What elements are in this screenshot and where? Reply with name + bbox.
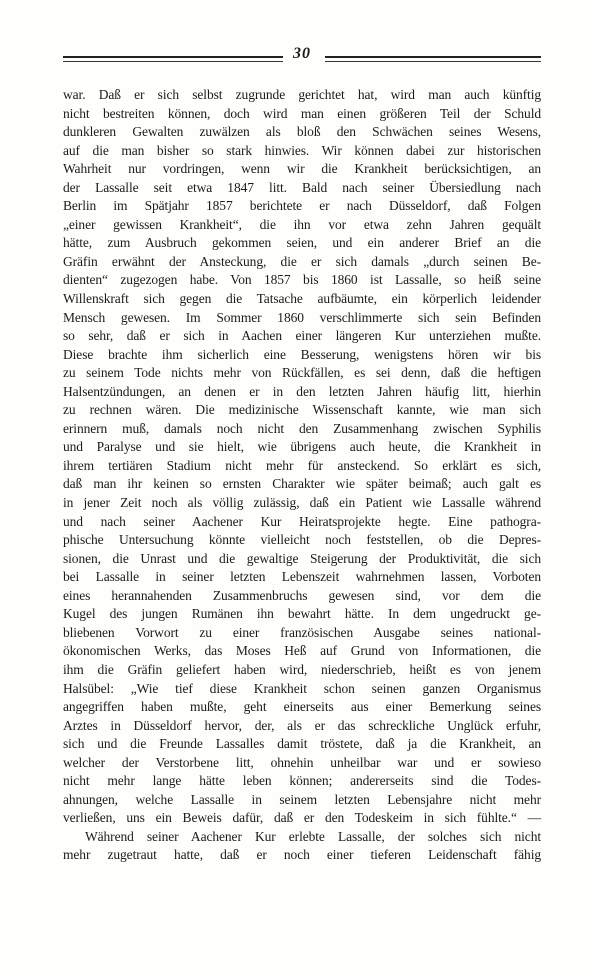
text-line: Halsübel: „Wie tief diese Krankheit scho… — [63, 680, 541, 699]
text-line: daß man ihr keinen so ernsten Charakter … — [63, 475, 541, 494]
text-line: „einer gewissen Krankheit“, die ihn vor … — [63, 216, 541, 235]
text-line: ökonomischen Werks, das Moses Heß auf Gr… — [63, 642, 541, 661]
text-line: Halsentzündungen, an denen er in den let… — [63, 383, 541, 402]
text-line: zu rechnen wären. Die medizinische Wisse… — [63, 401, 541, 420]
text-line: nicht mehr lange hätte leben können; and… — [63, 772, 541, 791]
text-line: welcher der Verstorbene litt, ohnehin un… — [63, 754, 541, 773]
text-line: bei Lassalle in seiner letzten Lebenszei… — [63, 568, 541, 587]
text-line: Gräfin erwähnt der Ansteckung, die er si… — [63, 253, 541, 272]
text-line: bliebenen Vorwort zu einer französischen… — [63, 624, 541, 643]
text-line: verließen, uns ein Beweis dafür, daß er … — [63, 809, 541, 828]
text-line: so sehr, daß er sich in Aachen einer län… — [63, 327, 541, 346]
text-line: und nach seiner Aachener Kur Heiratsproj… — [63, 513, 541, 532]
text-line: Diese brachte ihm sicherlich eine Besser… — [63, 346, 541, 365]
text-line: Kugel des jungen Rumänen ihn bewahrt hät… — [63, 605, 541, 624]
text-line: der Lassalle seit etwa 1847 litt. Bald n… — [63, 179, 541, 198]
text-line: angegriffen haben mußte, geht einerseits… — [63, 698, 541, 717]
book-page: 30 war. Daß er sich selbst zugrunde geri… — [0, 0, 600, 975]
text-line: dienten“ zugezogen habe. Von 1857 bis 18… — [63, 271, 541, 290]
text-line: hätte, zum Ausbruch gekommen seien, und … — [63, 234, 541, 253]
text-line: eines herannahenden Zusammenbruchs gewes… — [63, 587, 541, 606]
text-line: Wahrheit nur vordringen, wenn wir die Kr… — [63, 160, 541, 179]
text-line: Während seiner Aachener Kur erlebte Lass… — [63, 828, 541, 847]
text-line: zu seinem Tode nichts mehr von Rückfälle… — [63, 364, 541, 383]
text-line: phische Untersuchung könnte vielleicht n… — [63, 531, 541, 550]
text-line: sionen, die Unrast und die gewaltige Ste… — [63, 550, 541, 569]
page-header: 30 — [63, 48, 541, 72]
text-line: Arztes in Düsseldorf hervor, der, als er… — [63, 717, 541, 736]
text-line: Willenskraft sich gegen die Tatsache auf… — [63, 290, 541, 309]
text-line: ihm die Gräfin geliefert haben wird, nie… — [63, 661, 541, 680]
text-line: ihrem tertiären Stadium nicht mehr für a… — [63, 457, 541, 476]
text-line: war. Daß er sich selbst zugrunde gericht… — [63, 86, 541, 105]
text-line: erinnern muß, damals noch nicht den Zusa… — [63, 420, 541, 439]
text-line: auf die man bisher so stark hinwies. Wir… — [63, 142, 541, 161]
header-rule-right — [325, 56, 541, 62]
text-line: Mensch gewesen. Im Sommer 1860 verschlim… — [63, 309, 541, 328]
text-line: dunkleren Gewalten zuwälzen als bloß den… — [63, 123, 541, 142]
text-line: ahnungen, welche Lassalle in seinem letz… — [63, 791, 541, 810]
text-line: in jener Zeit noch als völlig zulässig, … — [63, 494, 541, 513]
text-line: Berlin im Spätjahr 1857 berichtete er na… — [63, 197, 541, 216]
text-line: mehr zugetraut hatte, daß er noch einer … — [63, 846, 541, 865]
text-line: und Paralyse und sie hielt, wie übrigens… — [63, 438, 541, 457]
text-block: war. Daß er sich selbst zugrunde gericht… — [63, 86, 541, 865]
text-line: sich und die Freunde Lassalles damit trö… — [63, 735, 541, 754]
text-line: nicht bestreiten können, doch wird man e… — [63, 105, 541, 124]
